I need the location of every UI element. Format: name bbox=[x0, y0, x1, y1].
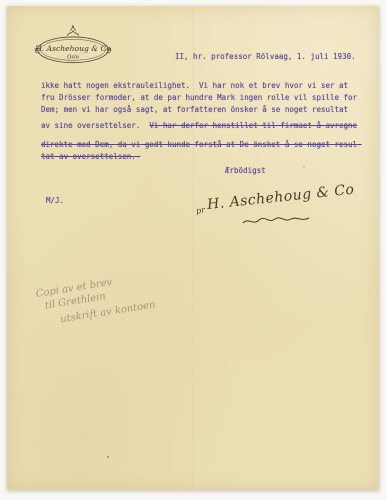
paper-speck bbox=[107, 456, 109, 458]
typist-initials: M/J. bbox=[46, 196, 64, 205]
body-line-3: Dem; men vi har også sagt, at forfattere… bbox=[41, 105, 348, 114]
signature-flourish bbox=[241, 214, 311, 228]
body-line-2: fru Drösser formoder, at de par hundre M… bbox=[41, 93, 357, 102]
letterhead-stamp: H. Aschehoug & Co Oslo bbox=[33, 23, 113, 69]
fold-crease bbox=[193, 6, 195, 490]
paper-speck bbox=[303, 166, 305, 168]
body-line-4: av sine oversettelser. Vi har derfor hen… bbox=[41, 121, 357, 130]
scanned-letter: H. Aschehoug & Co Oslo II, hr. professor… bbox=[0, 0, 386, 500]
letterhead-company: H. Aschehoug & Co bbox=[34, 44, 111, 53]
pencil-note: Copi av et brev til Grethlein utskrift a… bbox=[35, 270, 156, 330]
valediction: Ærbödigst bbox=[225, 166, 266, 175]
body-line-4-plain: av sine oversettelser. bbox=[41, 121, 149, 130]
dateline: II, hr. professor Rölvaag, 1. juli 1930. bbox=[175, 52, 356, 61]
letter-paper: H. Aschehoug & Co Oslo II, hr. professor… bbox=[7, 6, 379, 490]
body-line-4-struck: Vi har derfor henstillet til firmaet å a… bbox=[149, 121, 357, 130]
body-line-5-struck: direkte med Dem, da vi godt kunde forstå… bbox=[41, 140, 362, 149]
signature-prefix: pr bbox=[195, 205, 205, 215]
stamp-crown-icon bbox=[67, 31, 78, 36]
letterhead-city: Oslo bbox=[67, 54, 79, 60]
body-line-1: ikke hatt nogen ekstrauleilighet. Vi har… bbox=[41, 81, 348, 90]
signature-name: H. Aschehoug & Co bbox=[206, 182, 355, 213]
body-line-6-struck: tat av oversettelsen.- bbox=[41, 152, 140, 161]
